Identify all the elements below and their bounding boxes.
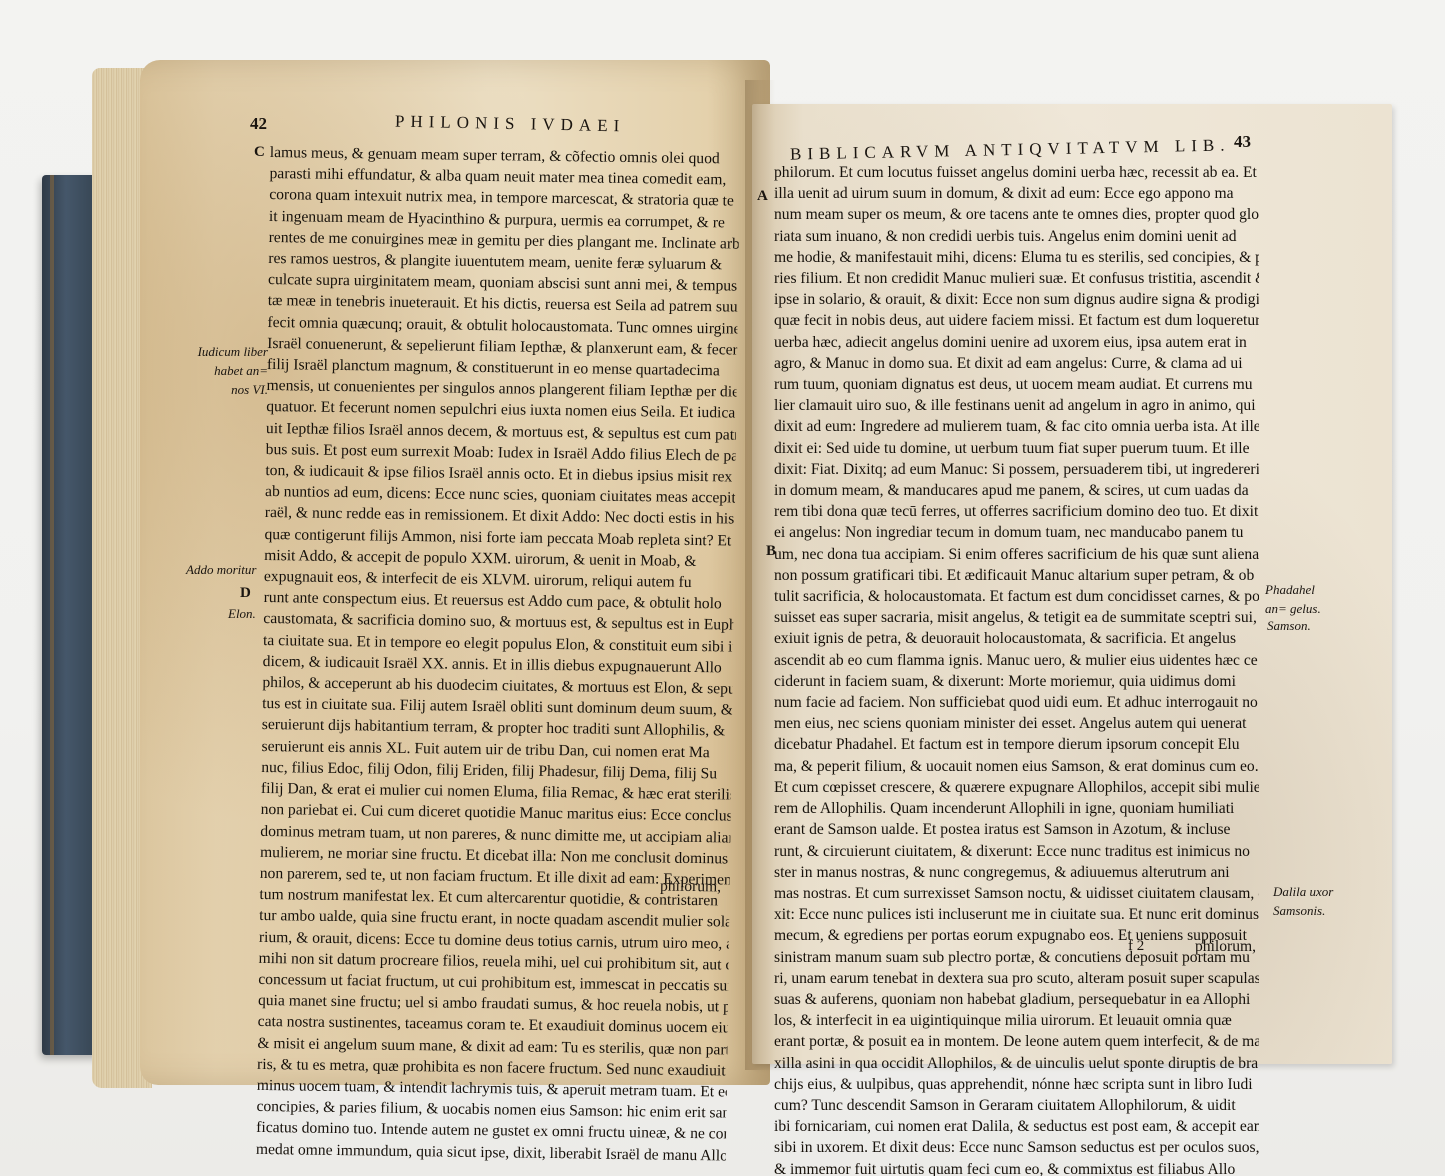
right-folio: 43 <box>1234 132 1251 152</box>
marginal-note-iudicum: Iudicum liber habet an= nos VI. <box>193 342 268 399</box>
marginal-note-addo: Addo moritur <box>186 560 256 579</box>
section-letter-d: D <box>240 585 251 602</box>
marginal-note-samson: Samson. <box>1267 616 1311 635</box>
right-catchword: philorum, <box>1195 938 1256 956</box>
book-gutter <box>745 80 775 1070</box>
section-letter-c: C <box>254 144 265 161</box>
section-letter-a: A <box>757 188 768 205</box>
right-page-text: philorum. Et cum locutus fuisset angelus… <box>774 162 1259 1176</box>
left-folio: 42 <box>250 114 267 134</box>
marginal-note-phadahel: Phadahel an= gelus. <box>1265 580 1335 618</box>
left-catchword: philorum, <box>660 878 721 897</box>
marginal-note-dalila: Dalila uxor Samsonis. <box>1273 882 1343 920</box>
signature-mark: f 2 <box>1128 938 1144 955</box>
left-page-text: lamus meus, & genuam meam super terram, … <box>256 142 740 1166</box>
marginal-note-elon: Elon. <box>228 604 256 623</box>
